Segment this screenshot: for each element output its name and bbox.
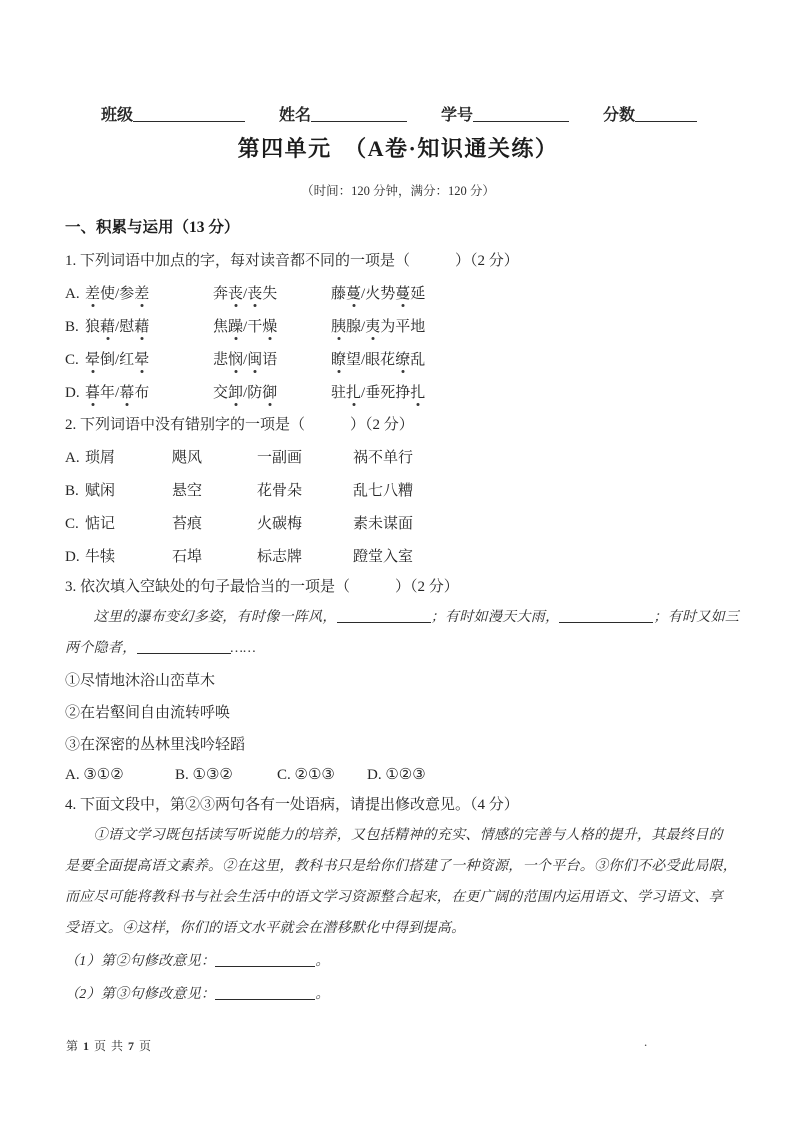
q3-option: A. ③①② — [65, 765, 175, 785]
word-pair: 交卸/防御 — [213, 383, 331, 403]
footer-text-run: 7 — [128, 1039, 135, 1053]
text-run: ；有时又如三 — [653, 610, 739, 625]
text-run: 。 — [315, 954, 329, 969]
q4-passage-line: 受语文。④这样，你们的语文水平就会在潜移默化中得到提高。 — [65, 918, 731, 939]
header-field: 学号 — [441, 102, 569, 122]
option-label: B. — [65, 317, 85, 337]
q3-item-3: ③在深密的丛林里浅吟轻蹈 — [65, 735, 731, 755]
word-pair: 藤蔓/火势蔓延 — [331, 284, 731, 304]
emphasis-dot-char: 扎 — [410, 383, 425, 403]
emphasis-dot-char: 丧 — [247, 284, 262, 304]
emphasis-dot-char: 蔓 — [346, 284, 361, 304]
word-pair: 差使/参差 — [85, 284, 213, 304]
header-field: 分数 — [603, 102, 697, 122]
vocab-word: 赋闲 — [85, 481, 172, 501]
q4-answer-line: （1）第②句修改意见：。 — [65, 951, 731, 972]
emphasis-dot-char: 藉 — [100, 317, 115, 337]
header-fill-in-row: 班级姓名学号分数 — [101, 0, 697, 122]
header-field: 姓名 — [279, 102, 407, 122]
emphasis-dot-char: 悯 — [228, 350, 243, 370]
emphasis-dot-char: 夷 — [365, 317, 380, 337]
emphasis-dot-char: 幕 — [119, 383, 134, 403]
exam-page: 班级姓名学号分数 第四单元 （A卷·知识通关练） （时间：120 分钟，满分：1… — [0, 0, 793, 1122]
footer-text-run: 页 — [135, 1039, 152, 1053]
word-pair: 瞭望/眼花缭乱 — [331, 350, 731, 370]
vocab-word: 飓风 — [172, 448, 257, 468]
header-field-blank — [311, 107, 407, 122]
word-pair: 奔丧/丧失 — [213, 284, 331, 304]
blank-line — [559, 608, 653, 623]
footer-text-run: 第 — [66, 1039, 83, 1053]
q3-option: B. ①③② — [175, 765, 277, 785]
option-label: C. — [65, 514, 85, 534]
emphasis-dot-char: 燥 — [262, 317, 277, 337]
text-run: （1）第②句修改意见： — [65, 954, 215, 969]
option-label: A. — [65, 448, 85, 468]
q4-answer-line: （2）第③句修改意见：。 — [65, 984, 731, 1005]
emphasis-dot-char: 暮 — [85, 383, 100, 403]
vocab-word: 惦记 — [85, 514, 172, 534]
emphasis-dot-char: 丧 — [228, 284, 243, 304]
emphasis-dot-char: 御 — [262, 383, 277, 403]
vocab-word: 牛犊 — [85, 547, 172, 567]
q3-item-2: ②在岩壑间自由流转呼唤 — [65, 703, 731, 723]
header-field-blank — [635, 107, 697, 122]
q3-passage: 这里的瀑布变幻多姿，有时像一阵风，；有时如漫天大雨，；有时又如三两个隐者，…… — [65, 607, 731, 659]
vocab-word: 苔痕 — [172, 514, 257, 534]
q2-row: A.琐屑飓风一副画祸不单行 — [65, 448, 731, 468]
word-pair: 胰腺/夷为平地 — [331, 317, 731, 337]
emphasis-dot-char: 躁 — [228, 317, 243, 337]
emphasis-dot-char: 差 — [134, 284, 149, 304]
option-label: C. — [65, 350, 85, 370]
word-pair: 晕倒/红晕 — [85, 350, 213, 370]
q2-row: C.惦记苔痕火碳梅素未谋面 — [65, 514, 731, 534]
emphasis-dot-char: 胰 — [331, 317, 346, 337]
q2-row: B.赋闲悬空花骨朵乱七八糟 — [65, 481, 731, 501]
header-field-label: 班级 — [101, 107, 133, 124]
text-run: 这里的瀑布变幻多姿，有时像一阵风， — [65, 610, 337, 625]
page-title: 第四单元 （A卷·知识通关练） — [65, 134, 731, 164]
emphasis-dot-char: 蔓 — [395, 284, 410, 304]
text-run: （2）第③句修改意见： — [65, 987, 215, 1002]
option-label: B. — [65, 481, 85, 501]
header-field: 班级 — [101, 102, 245, 122]
blank-line — [337, 608, 431, 623]
section-heading: 一、积累与运用（13 分） — [65, 217, 731, 239]
q2-option-rows: A.琐屑飓风一副画祸不单行B.赋闲悬空花骨朵乱七八糟C.惦记苔痕火碳梅素未谋面D… — [65, 448, 731, 567]
q4-passage-line: ①语文学习既包括读写听说能力的培养，又包括精神的充实、情感的完善与人格的提升，其… — [65, 825, 731, 846]
vocab-word: 素未谋面 — [353, 514, 731, 534]
q3-options-row: A. ③①②B. ①③②C. ②①③D. ①②③ — [65, 765, 731, 785]
vocab-word: 祸不单行 — [353, 448, 731, 468]
q1-option-rows: A.差使/参差奔丧/丧失藤蔓/火势蔓延B.狼藉/慰藉焦躁/干燥胰腺/夷为平地C.… — [65, 284, 731, 403]
q1-row: B.狼藉/慰藉焦躁/干燥胰腺/夷为平地 — [65, 317, 731, 337]
vocab-word: 一副画 — [257, 448, 353, 468]
q2-stem: 2. 下列词语中没有错别字的一项是（ ）（2 分） — [65, 415, 731, 435]
emphasis-dot-char: 闽 — [247, 350, 262, 370]
vocab-word: 乱七八糟 — [353, 481, 731, 501]
q4-stem: 4. 下面文段中，第②③两句各有一处语病，请提出修改意见。（4 分） — [65, 795, 731, 815]
vocab-word: 火碳梅 — [257, 514, 353, 534]
header-field-label: 姓名 — [279, 107, 311, 124]
page-number-footer: 第 1 页 共 7 页 — [66, 1038, 152, 1054]
header-field-label: 学号 — [441, 107, 473, 124]
text-run: …… — [231, 641, 257, 656]
emphasis-dot-char: 晕 — [134, 350, 149, 370]
emphasis-dot-char: 晕 — [85, 350, 100, 370]
blank-line — [137, 639, 231, 654]
emphasis-dot-char: 卸 — [228, 383, 243, 403]
blank-line — [215, 985, 315, 1000]
q4-passage-line: 是要全面提高语文素养。②在这里，教科书只是给你们搭建了一种资源，一个平台。③你们… — [65, 856, 731, 877]
vocab-word: 标志牌 — [257, 547, 353, 567]
word-pair: 驻扎/垂死挣扎 — [331, 383, 731, 403]
emphasis-dot-char: 藉 — [134, 317, 149, 337]
vocab-word: 蹬堂入室 — [353, 547, 731, 567]
q4-answer-blanks: （1）第②句修改意见：。（2）第③句修改意见：。 — [65, 951, 731, 1005]
vocab-word: 花骨朵 — [257, 481, 353, 501]
q1-row: C.晕倒/红晕悲悯/闽语瞭望/眼花缭乱 — [65, 350, 731, 370]
q3-stem: 3. 依次填入空缺处的句子最恰当的一项是（ ）（2 分） — [65, 577, 731, 597]
q1-row: A.差使/参差奔丧/丧失藤蔓/火势蔓延 — [65, 284, 731, 304]
q2-row: D.牛犊石埠标志牌蹬堂入室 — [65, 547, 731, 567]
word-pair: 悲悯/闽语 — [213, 350, 331, 370]
text-run: ；有时如漫天大雨， — [431, 610, 560, 625]
word-pair: 焦躁/干燥 — [213, 317, 331, 337]
header-field-blank — [133, 107, 245, 122]
emphasis-dot-char: 扎 — [346, 383, 361, 403]
emphasis-dot-char: 瞭 — [331, 350, 346, 370]
time-score-meta: （时间：120 分钟，满分：120 分） — [65, 182, 731, 200]
vocab-word: 石埠 — [172, 547, 257, 567]
q3-item-1: ①尽情地沐浴山峦草木 — [65, 671, 731, 691]
stray-dot-mark: . — [644, 1034, 647, 1050]
word-pair: 暮年/幕布 — [85, 383, 213, 403]
vocab-word: 悬空 — [172, 481, 257, 501]
q3-passage-line: 两个隐者，…… — [65, 638, 731, 659]
word-pair: 狼藉/慰藉 — [85, 317, 213, 337]
q1-row: D.暮年/幕布交卸/防御驻扎/垂死挣扎 — [65, 383, 731, 403]
q3-option: C. ②①③ — [277, 765, 367, 785]
text-run: 两个隐者， — [65, 641, 137, 656]
option-label: D. — [65, 383, 85, 403]
option-label: D. — [65, 547, 85, 567]
footer-text-run: 1 — [83, 1039, 90, 1053]
q3-option: D. ①②③ — [367, 765, 731, 785]
blank-line — [215, 952, 315, 967]
q4-passage-line: 而应尽可能将教科书与社会生活中的语文学习资源整合起来，在更广阔的范围内运用语文、… — [65, 887, 731, 908]
q3-passage-line: 这里的瀑布变幻多姿，有时像一阵风，；有时如漫天大雨，；有时又如三 — [65, 607, 731, 628]
footer-text-run: 页 共 — [90, 1039, 128, 1053]
header-field-label: 分数 — [603, 107, 635, 124]
emphasis-dot-char: 缭 — [395, 350, 410, 370]
text-run: 。 — [315, 987, 329, 1002]
q1-stem: 1. 下列词语中加点的字，每对读音都不同的一项是（ ）（2 分） — [65, 251, 731, 271]
emphasis-dot-char: 差 — [85, 284, 100, 304]
header-field-blank — [473, 107, 569, 122]
vocab-word: 琐屑 — [85, 448, 172, 468]
option-label: A. — [65, 284, 85, 304]
